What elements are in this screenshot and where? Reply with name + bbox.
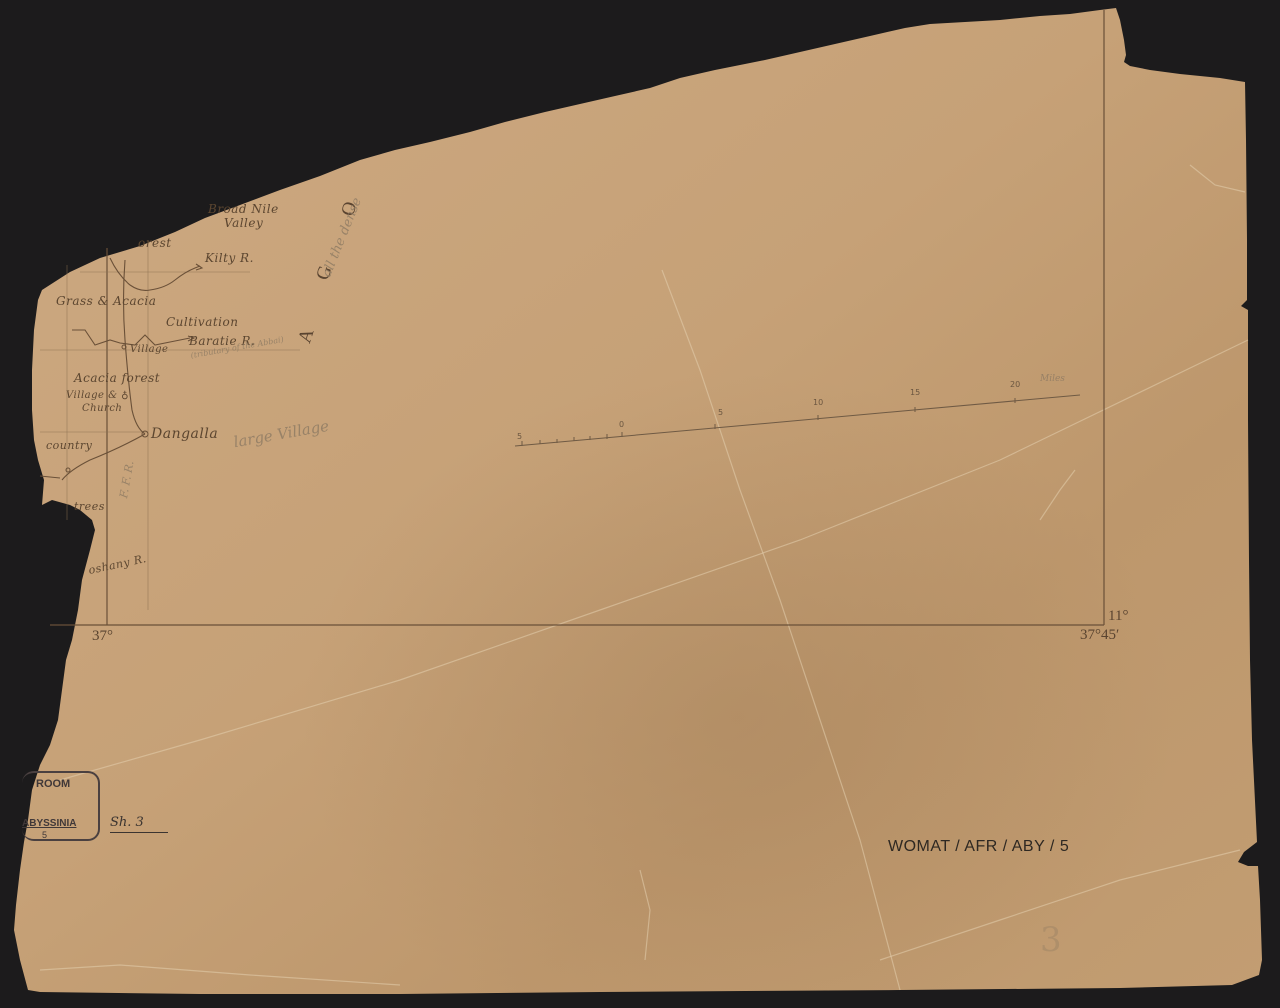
label-trees: trees — [74, 500, 105, 513]
faint-pencil-number: 3 — [1040, 920, 1062, 960]
stamp-room-text: ROOM — [36, 778, 70, 790]
latitude-label: 11° — [1108, 608, 1128, 625]
scale-tick-5: 5 — [718, 408, 723, 417]
scale-unit: Miles — [1040, 374, 1065, 384]
scale-tick-0: 0 — [619, 420, 624, 429]
label-cultivation: Cultivation — [166, 315, 238, 329]
longitude-right-label: 37°45′ — [1080, 627, 1119, 644]
reference-code: WOMAT / AFR / ABY / 5 — [888, 838, 1069, 856]
stamp-number: 5 — [42, 830, 47, 840]
shelf-mark: Sh. 3 — [110, 815, 168, 833]
longitude-left-label: 37° — [92, 628, 113, 645]
label-forest-top: orest — [138, 236, 172, 250]
scale-tick-5-left: 5 — [517, 432, 522, 441]
label-grass-acacia: Grass & Acacia — [56, 294, 156, 308]
shelf-mark-text: Sh. 3 — [110, 815, 144, 830]
label-country: country — [46, 439, 92, 452]
scale-tick-15: 15 — [910, 388, 920, 397]
stamp-abyssinia-text: ABYSSINIA — [22, 818, 76, 829]
scale-tick-10: 10 — [813, 398, 823, 407]
label-dangalla: Dangalla — [151, 426, 218, 442]
label-broad-nile: Broad Nile — [208, 202, 279, 216]
label-village-church-1: Village & ♁ — [66, 390, 129, 401]
map-sheet: A G O Broad Nile Valley orest Kilty R. G… — [0, 0, 1280, 1008]
label-village: Village — [130, 344, 168, 355]
label-kilty-river: Kilty R. — [205, 251, 254, 265]
scale-tick-20: 20 — [1010, 380, 1020, 389]
shelf-mark-underline — [110, 832, 168, 833]
label-valley: Valley — [224, 216, 263, 230]
label-village-church-2: Church — [82, 403, 122, 414]
label-acacia-forest: Acacia forest — [74, 371, 160, 385]
paper-fragment — [0, 0, 1280, 1008]
